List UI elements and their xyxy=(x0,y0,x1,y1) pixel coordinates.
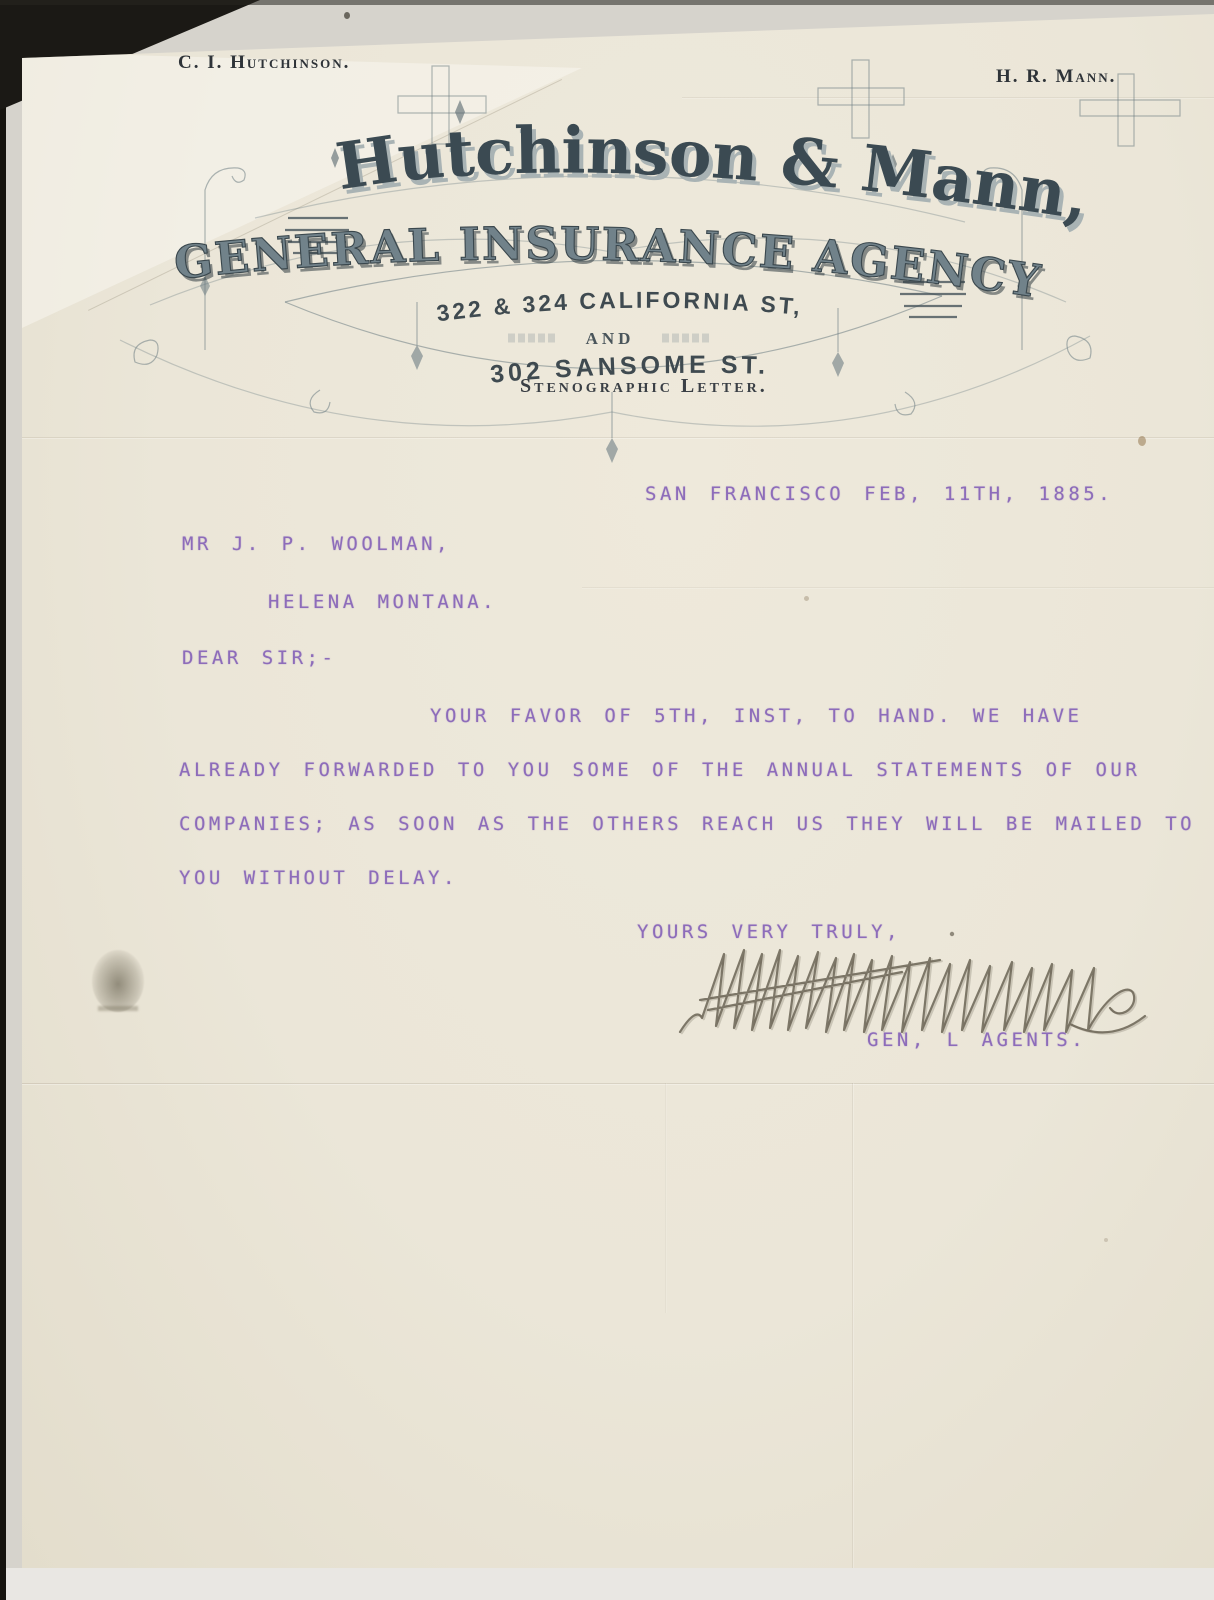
tassel-right xyxy=(832,308,844,377)
paper-stain xyxy=(1104,1238,1108,1242)
paper-stain xyxy=(804,596,809,601)
body-line: ALREADY FORWARDED TO YOU SOME OF THE ANN… xyxy=(179,759,1140,781)
letter-type-label: Stenographic Letter. xyxy=(520,375,768,398)
svg-text:322 & 324 CALIFORNIA ST,: 322 & 324 CALIFORNIA ST, xyxy=(435,287,804,327)
pencil-smudge xyxy=(92,950,144,1012)
body-line: COMPANIES; AS SOON AS THE OTHERS REACH U… xyxy=(179,813,1195,835)
signer-title: GEN, L AGENTS. xyxy=(867,1029,1086,1051)
svg-text:Hutchinson & Mann,: Hutchinson & Mann, xyxy=(331,113,1093,235)
salutation: DEAR SIR;- xyxy=(182,647,336,669)
letterhead-engraving: Hutchinson & Mann, Hutchinson & Mann, GE… xyxy=(0,40,1214,470)
company-name: Hutchinson & Mann, xyxy=(331,113,1093,235)
address-line1: 322 & 324 CALIFORNIA ST, xyxy=(435,287,804,327)
recipient-name: MR J. P. WOOLMAN, xyxy=(182,533,451,555)
pencil-smudge-base xyxy=(98,1006,138,1011)
body-line: YOUR FAVOR OF 5TH, INST, TO HAND. WE HAV… xyxy=(430,705,1083,727)
address-conjunction: AND xyxy=(586,329,635,348)
paper-stain xyxy=(344,12,350,19)
body-line: YOU WITHOUT DELAY. xyxy=(179,867,458,889)
dateline: SAN FRANCISCO FEB, 11TH, 1885. xyxy=(645,483,1113,505)
cross-ornament-far-right xyxy=(1080,74,1180,146)
tassel-center xyxy=(606,392,618,463)
recipient-place: HELENA MONTANA. xyxy=(268,591,497,613)
paper-stain xyxy=(1138,436,1146,446)
letter-content: C. I. Hutchinson. H. R. Mann. xyxy=(0,0,1214,1600)
cross-ornament-right xyxy=(818,60,904,138)
scanned-letter: C. I. Hutchinson. H. R. Mann. xyxy=(0,0,1214,1600)
tassel-left xyxy=(411,302,423,370)
